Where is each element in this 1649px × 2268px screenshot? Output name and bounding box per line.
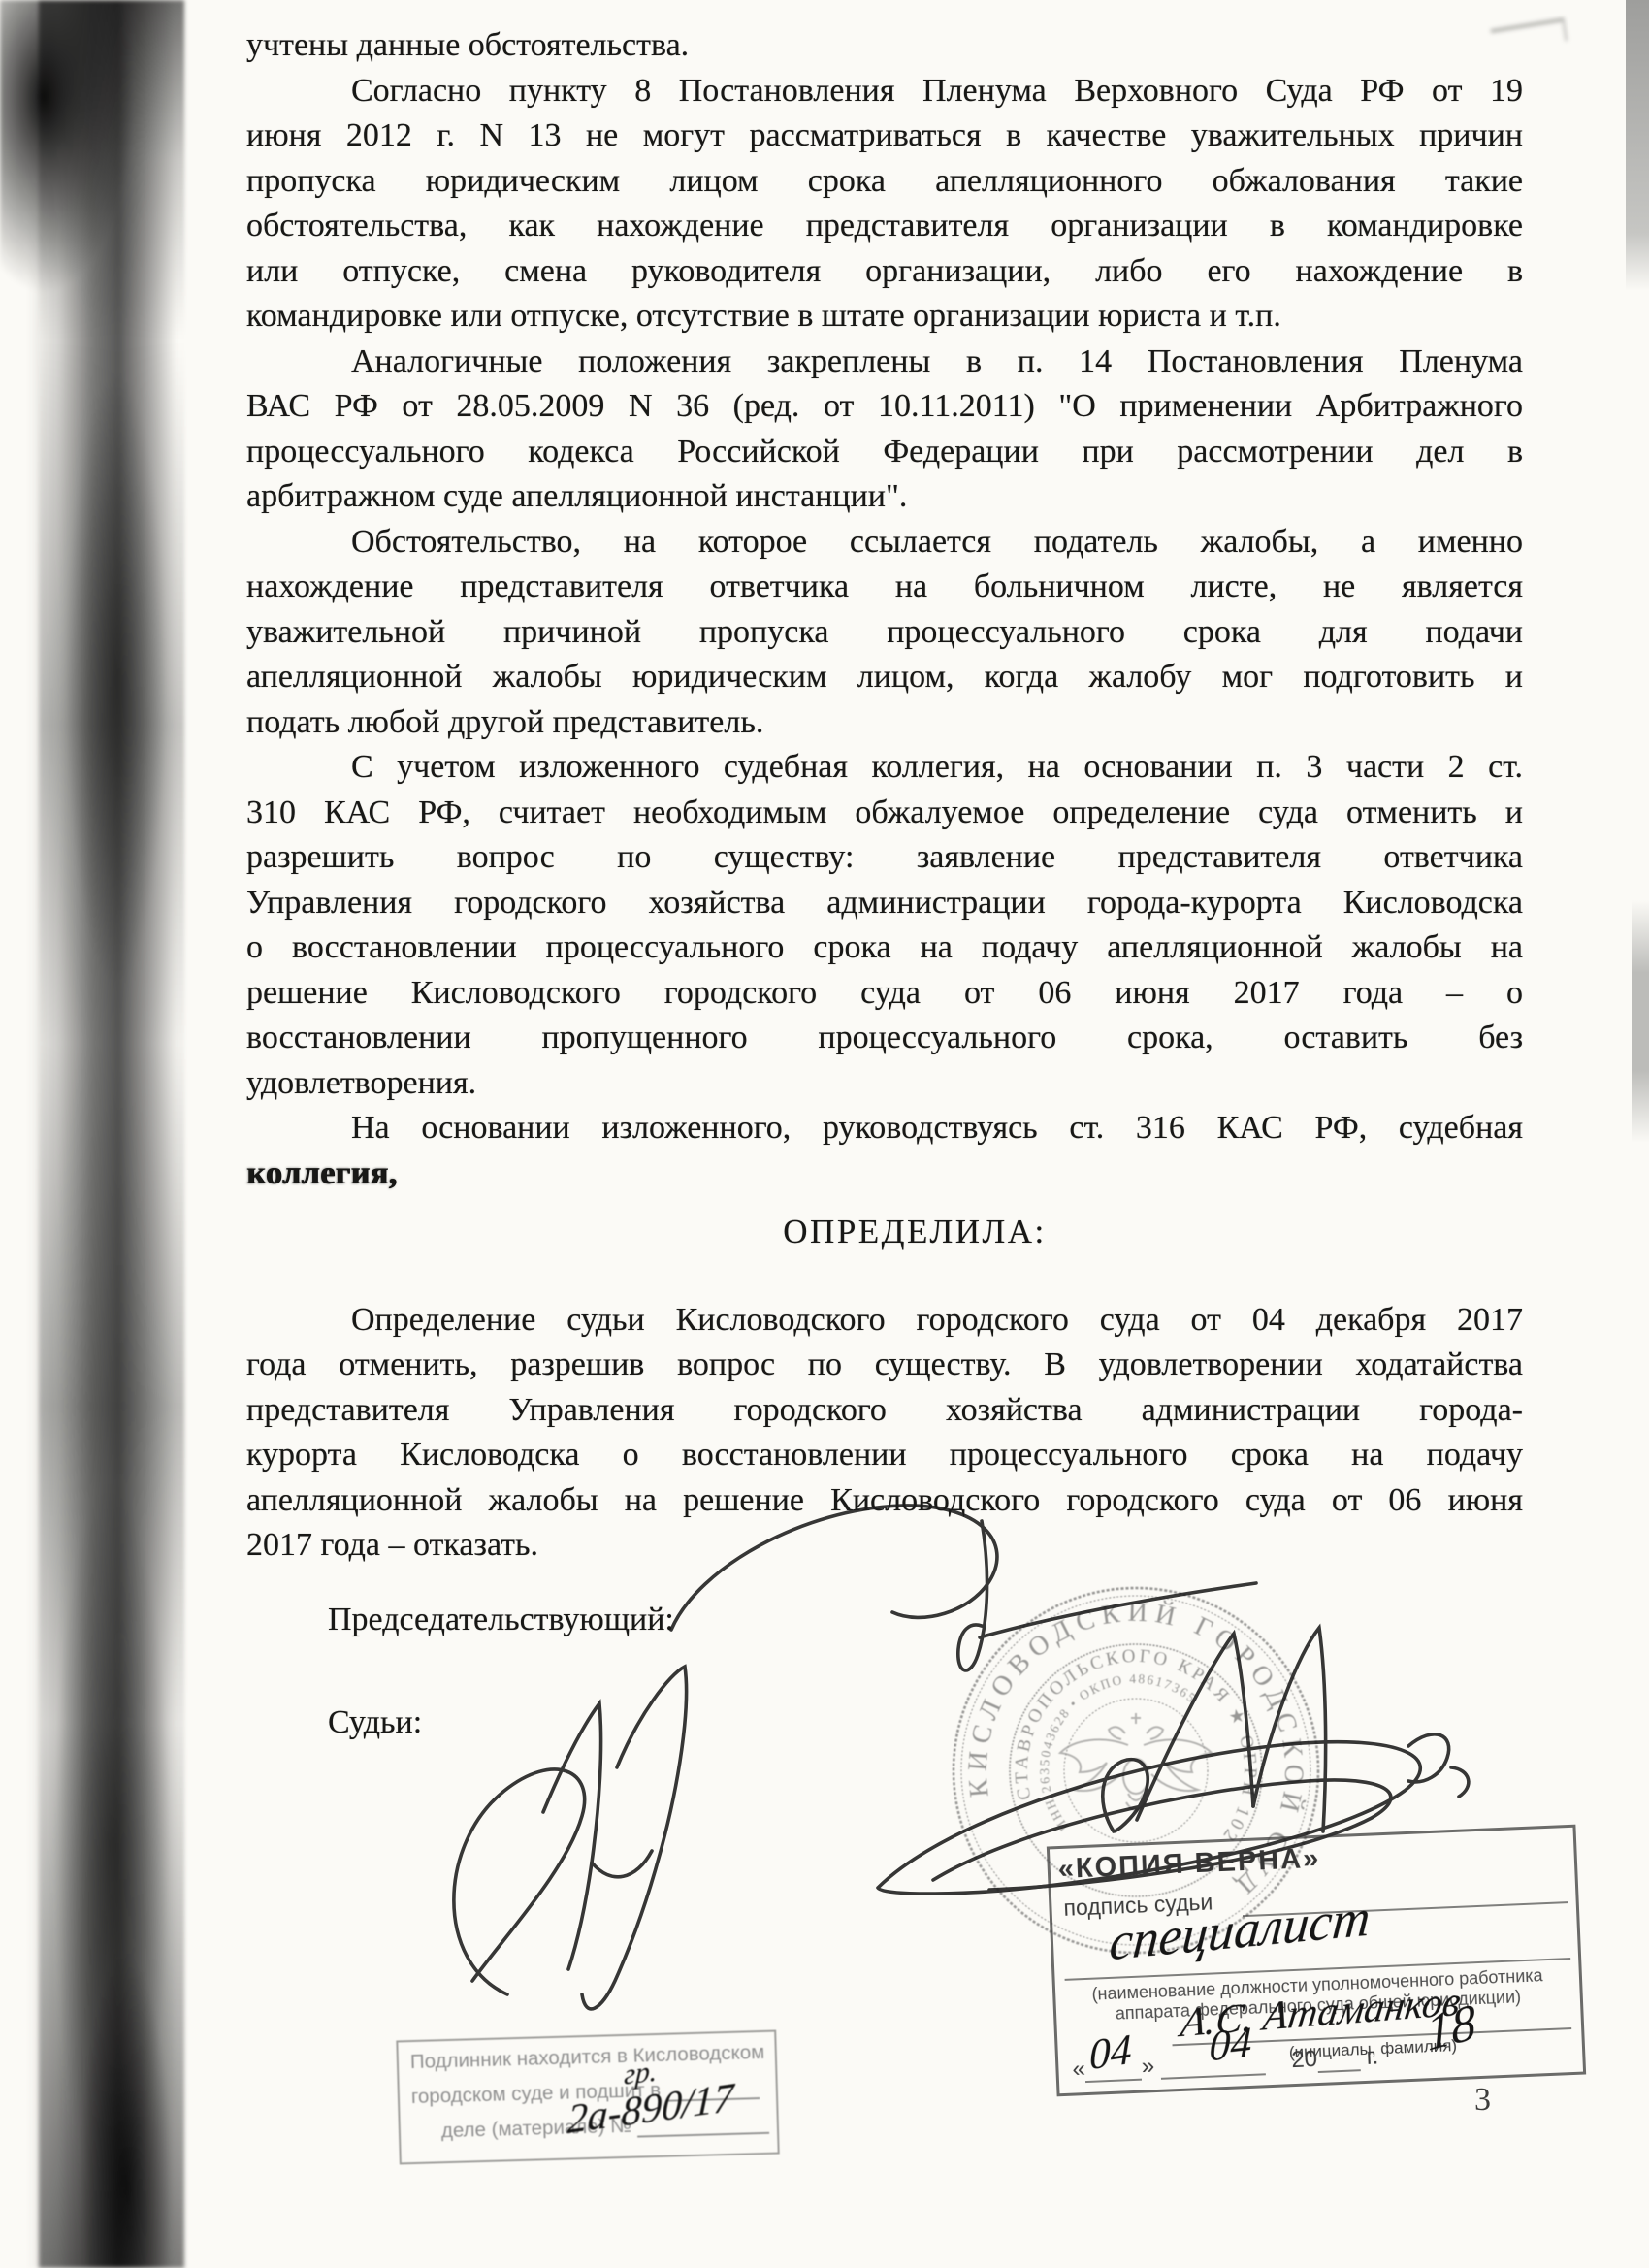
- paragraph: С учетом изложенного судебная коллегия, …: [246, 745, 1523, 1106]
- date-suffix: г.: [1366, 2043, 1379, 2069]
- scan-artifact-right-edge-middle: [1632, 900, 1649, 1143]
- text-line: уважительной причиной пропуска процессуа…: [246, 610, 1523, 656]
- text-line: июня 2012 г. N 13 не могут рассматривать…: [246, 113, 1523, 159]
- scan-artifact-right-edge-top: [1626, 0, 1649, 291]
- text-line: Управления городского хозяйства админист…: [246, 881, 1523, 926]
- page-number: 3: [1474, 2082, 1491, 2119]
- resolution-paragraphs: Определение судьи Кисловодского городско…: [246, 1298, 1523, 1569]
- original-location-stamp: Подлинник находится в Кисловодском город…: [396, 2030, 779, 2165]
- presiding-judge-label: Председательствующий:: [328, 1598, 1523, 1643]
- text-line: 310 КАС РФ, считает необходимым обжалуем…: [246, 791, 1523, 836]
- text-line: учтены данные обстоятельства.: [246, 23, 1523, 69]
- text-line: восстановлении пропущенного процессуальн…: [246, 1016, 1523, 1061]
- text-line: ВАС РФ от 28.05.2009 N 36 (ред. от 10.11…: [246, 384, 1523, 430]
- text-line: На основании изложенного, руководствуясь…: [246, 1106, 1523, 1151]
- handwritten-date-day: 04: [1089, 2025, 1132, 2081]
- text-line: или отпуске, смена руководителя организа…: [246, 249, 1523, 295]
- handwritten-date-month: 04: [1209, 2017, 1252, 2071]
- document-body: учтены данные обстоятельства.Согласно пу…: [246, 23, 1523, 1746]
- text-line: Обстоятельство, на которое ссылается под…: [246, 520, 1523, 566]
- text-line: командировке или отпуске, отсутствие в ш…: [246, 294, 1523, 340]
- text-line: апелляционной жалобы на решение Кисловод…: [246, 1478, 1523, 1524]
- copy-stamp-title: «КОПИЯ ВЕРНА»: [1057, 1843, 1321, 1886]
- text-line: Согласно пункту 8 Постановления Пленума …: [246, 69, 1523, 114]
- handwritten-date-year: 18: [1425, 1993, 1478, 2063]
- paragraph: На основании изложенного, руководствуясь…: [246, 1106, 1523, 1196]
- paragraph: Аналогичные положения закреплены в п. 14…: [246, 340, 1523, 520]
- text-line: обстоятельства, как нахождение представи…: [246, 204, 1523, 249]
- text-line: подать любой другой представитель.: [246, 700, 1523, 746]
- text-line: года отменить, разрешив вопрос по сущест…: [246, 1343, 1523, 1388]
- scan-artifact-left-band: [0, 0, 194, 2268]
- date-year-line: [1317, 2046, 1361, 2073]
- scanned-court-document-page: { "page": { "number": "3" }, "document":…: [0, 0, 1649, 2268]
- text-line: Аналогичные положения закреплены в п. 14…: [246, 340, 1523, 385]
- date-open-quote: «: [1072, 2056, 1085, 2083]
- paragraph: Определение судьи Кисловодского городско…: [246, 1298, 1523, 1569]
- text-line: арбитражном суде апелляционной инстанции…: [246, 474, 1523, 520]
- date-close-quote: »: [1141, 2053, 1154, 2080]
- text-line: о восстановлении процессуального срока н…: [246, 925, 1523, 971]
- resolution-heading: ОПРЕДЕЛИЛА:: [246, 1210, 1523, 1255]
- paragraph: Обстоятельство, на которое ссылается под…: [246, 520, 1523, 746]
- text-line: пропуска юридическим лицом срока апелляц…: [246, 159, 1523, 205]
- text-line: решение Кисловодского городского суда от…: [246, 971, 1523, 1017]
- text-line: разрешить вопрос по существу: заявление …: [246, 835, 1523, 881]
- text-line: процессуального кодекса Российской Федер…: [246, 430, 1523, 475]
- text-line: коллегия,: [246, 1151, 1523, 1197]
- body-paragraphs: учтены данные обстоятельства.Согласно пу…: [246, 23, 1523, 1196]
- date-year-prefix: 20: [1291, 2046, 1318, 2073]
- paragraph: Согласно пункту 8 Постановления Пленума …: [246, 69, 1523, 340]
- judges-label: Судьи:: [328, 1701, 1523, 1746]
- text-line: 2017 года – отказать.: [246, 1523, 1523, 1569]
- text-line: нахождение представителя ответчика на бо…: [246, 565, 1523, 610]
- text-line: апелляционной жалобы юридическим лицом, …: [246, 655, 1523, 700]
- text-line: удовлетворения.: [246, 1061, 1523, 1107]
- text-line: представителя Управления городского хозя…: [246, 1388, 1523, 1434]
- original-stamp-line1: Подлинник находится в Кисловодском: [410, 2041, 765, 2074]
- paragraph: учтены данные обстоятельства.: [246, 23, 1523, 69]
- text-line: Определение судьи Кисловодского городско…: [246, 1298, 1523, 1344]
- text-line: курорта Кисловодска о восстановлении про…: [246, 1433, 1523, 1478]
- text-line: С учетом изложенного судебная коллегия, …: [246, 745, 1523, 791]
- copy-certification-stamp: «КОПИЯ ВЕРНА» подпись судьи (наименовани…: [1047, 1825, 1586, 2097]
